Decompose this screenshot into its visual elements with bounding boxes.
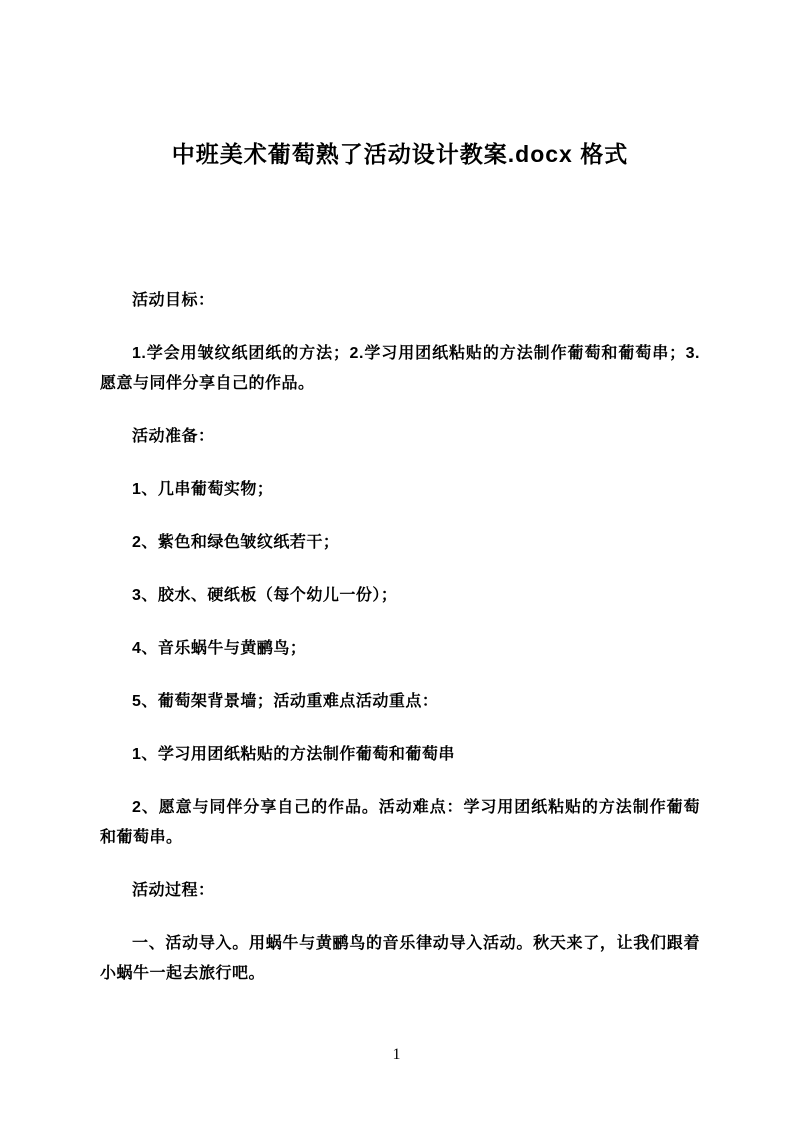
preparation-item-5-key-points: 5、葡萄架背景墙；活动重难点活动重点： [100, 687, 700, 717]
document-title: 中班美术葡萄熟了活动设计教案.docx 格式 [100, 137, 700, 171]
process-step-1-intro: 一、活动导入。用蜗牛与黄鹂鸟的音乐律动导入活动。秋天来了，让我们跟着小蜗牛一起去… [100, 929, 700, 989]
key-point-item-1: 1、学习用团纸粘贴的方法制作葡萄和葡萄串 [100, 740, 700, 770]
page-footer: 1 [0, 1045, 793, 1065]
document-page: 中班美术葡萄熟了活动设计教案.docx 格式 活动目标： 1.学会用皱纹纸团纸的… [0, 0, 793, 1122]
preparation-item-1: 1、几串葡萄实物； [100, 475, 700, 505]
section-heading-goals: 活动目标： [100, 286, 700, 316]
document-content: 中班美术葡萄熟了活动设计教案.docx 格式 活动目标： 1.学会用皱纹纸团纸的… [100, 0, 700, 1012]
key-point-item-2-difficulty: 2、愿意与同伴分享自己的作品。活动难点：学习用团纸粘贴的方法制作葡萄和葡萄串。 [100, 793, 700, 853]
section-heading-process: 活动过程： [100, 876, 700, 906]
paragraph-goals-list: 1.学会用皱纹纸团纸的方法；2.学习用团纸粘贴的方法制作葡萄和葡萄串；3.愿意与… [100, 339, 700, 399]
page-number: 1 [393, 1046, 401, 1063]
preparation-item-3: 3、胶水、硬纸板（每个幼儿一份）； [100, 581, 700, 611]
preparation-item-2: 2、紫色和绿色皱纹纸若干； [100, 528, 700, 558]
preparation-item-4: 4、音乐蜗牛与黄鹂鸟； [100, 634, 700, 664]
section-heading-preparation: 活动准备： [100, 422, 700, 452]
